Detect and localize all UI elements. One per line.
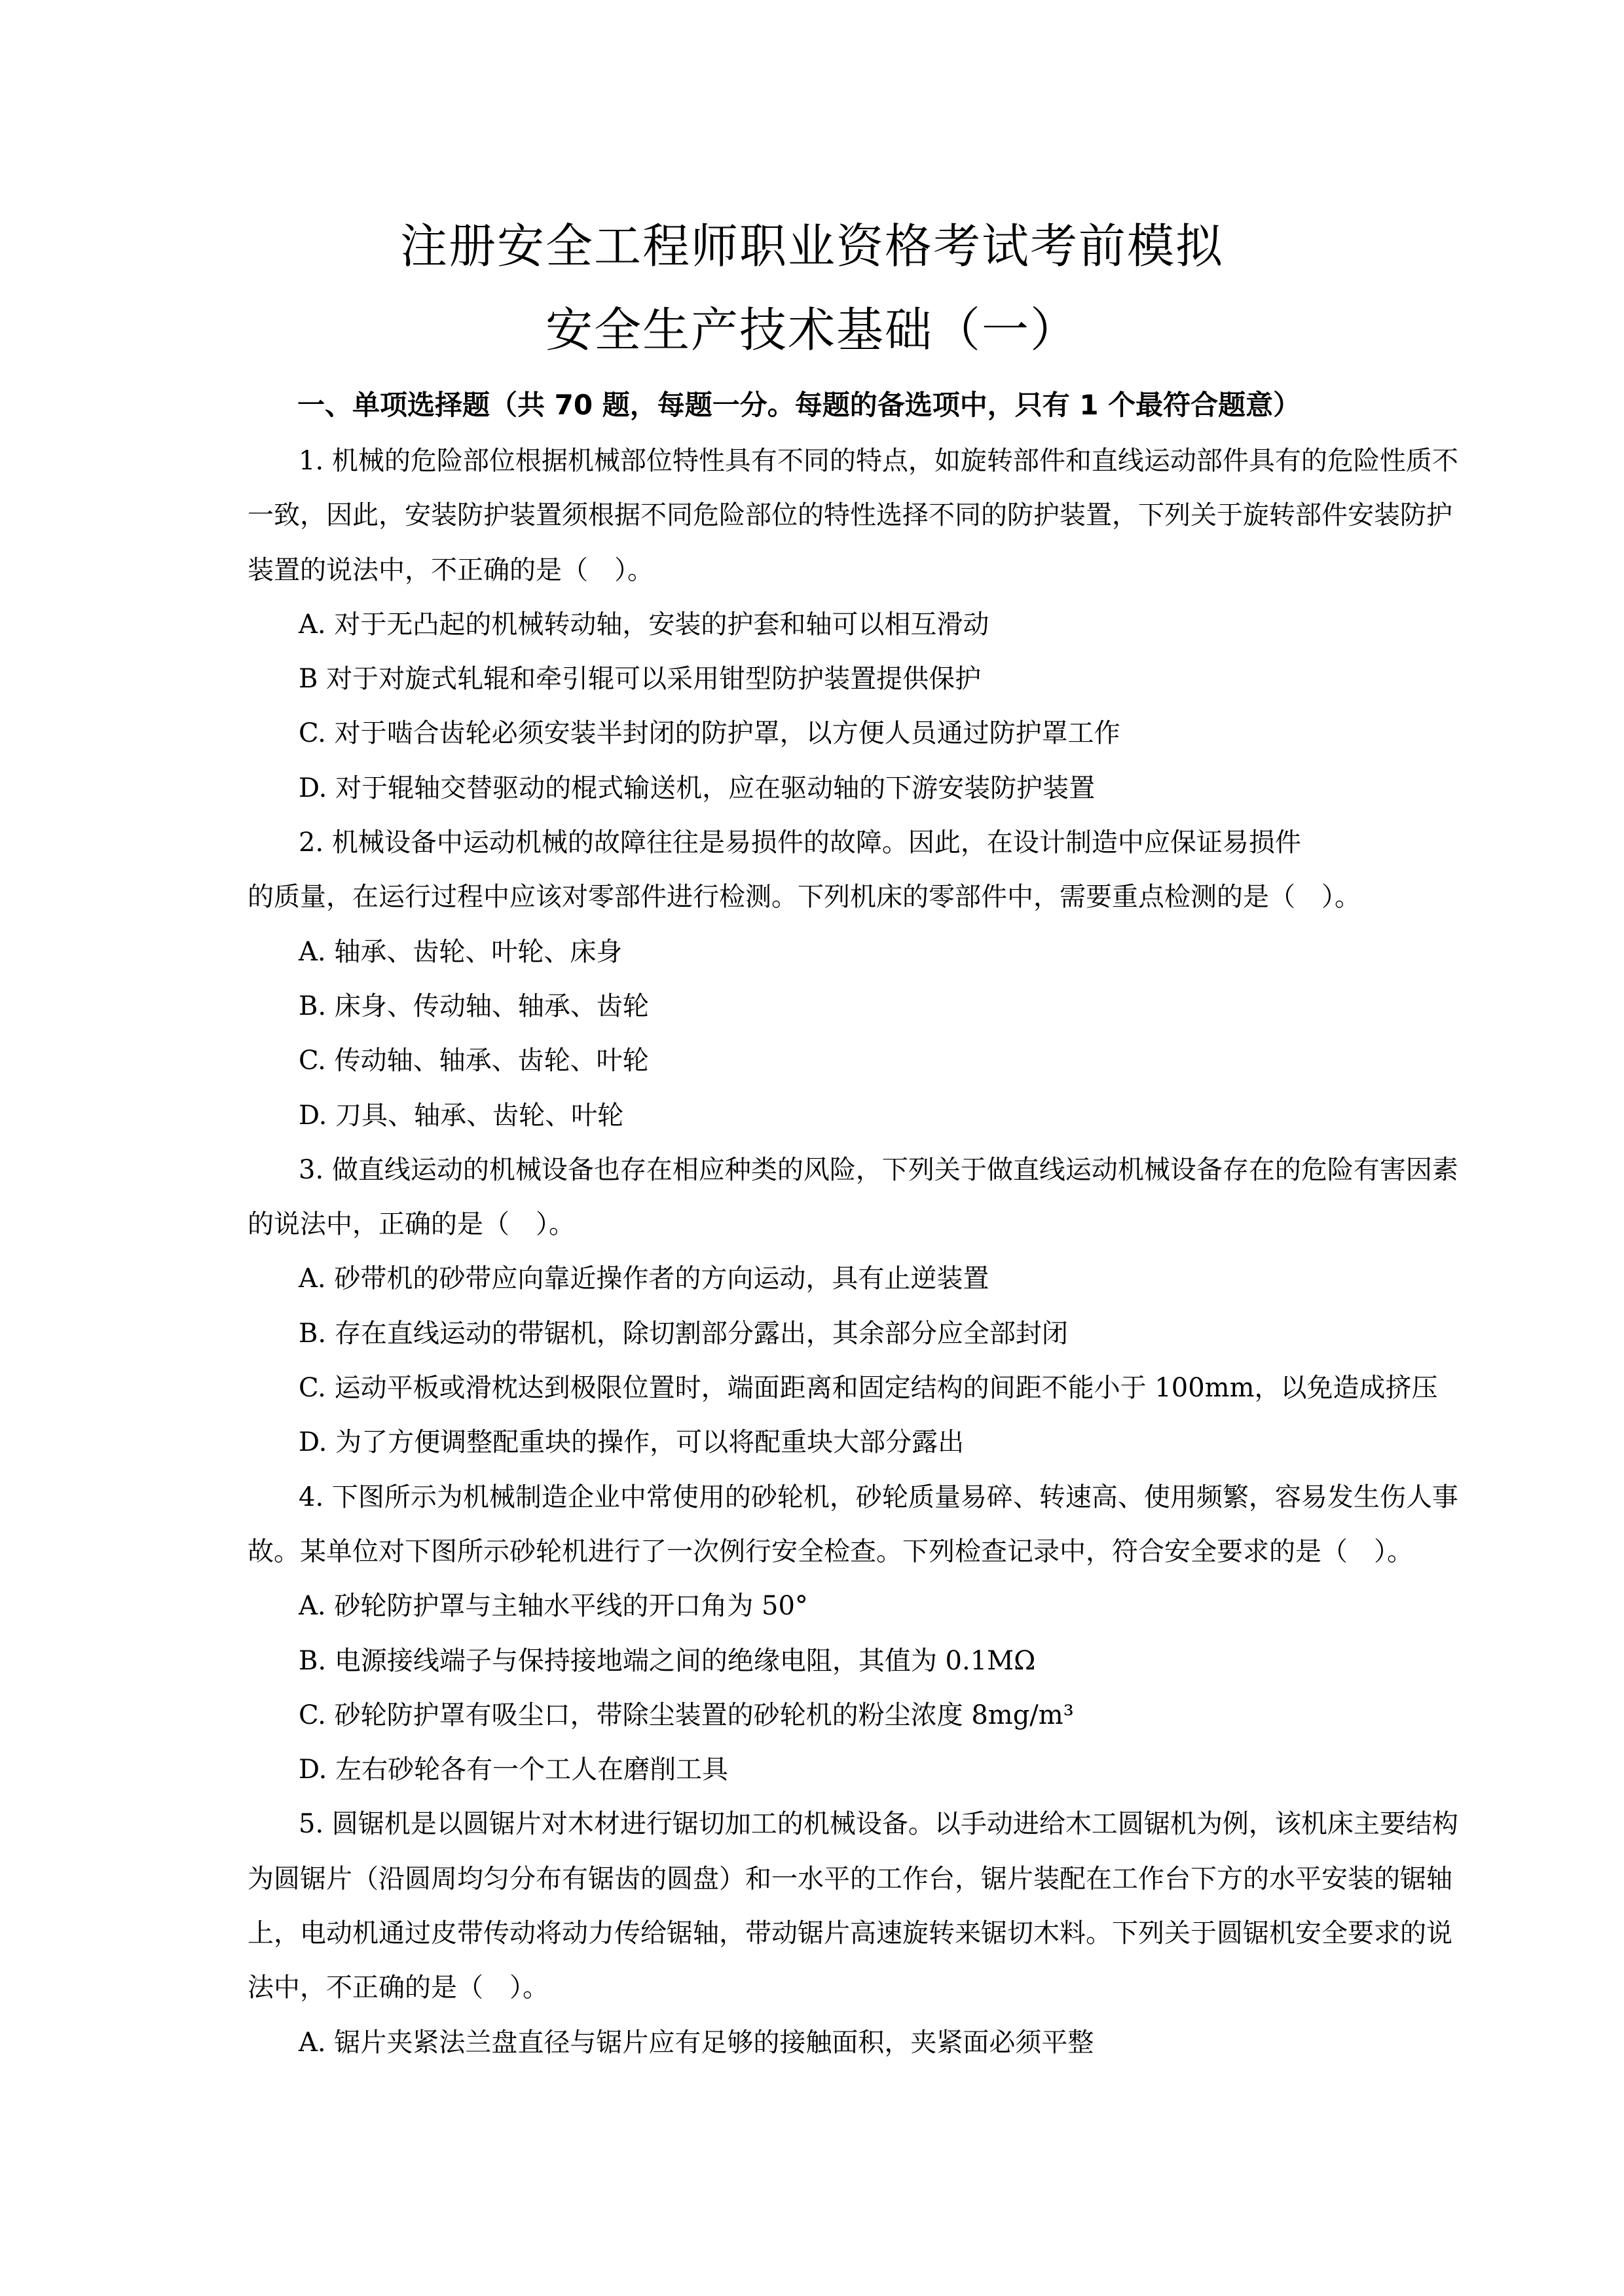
question-1-option: C. 对于啮合齿轮必须安装半封闭的防护罩，以方便人员通过防护罩工作 [248,706,1380,761]
question-1-stem-line: 1. 机械的危险部位根据机械部位特性具有不同的特点，如旋转部件和直线运动部件具有… [248,434,1380,488]
question-4-option: B. 电源接线端子与保持接地端之间的绝缘电阻，其值为 0.1MΩ [248,1634,1380,1688]
question-3-stem-line: 的说法中，正确的是（ ）。 [248,1197,1380,1252]
question-4-option: A. 砂轮防护罩与主轴水平线的开口角为 50° [248,1579,1380,1633]
question-4-option: D. 左右砂轮各有一个工人在磨削工具 [248,1743,1380,1797]
question-1-option: B 对于对旋式轧辊和牵引辊可以采用钳型防护装置提供保护 [248,652,1380,706]
question-1-stem-line: 装置的说法中，不正确的是（ ）。 [248,543,1380,598]
question-3-option: C. 运动平板或滑枕达到极限位置时，端面距离和固定结构的间距不能小于 100mm… [248,1361,1380,1415]
question-2-stem-line: 的质量，在运行过程中应该对零部件进行检测。下列机床的零部件中，需要重点检测的是（… [248,870,1380,924]
question-5-stem-line: 上，电动机通过皮带传动将动力传给锯轴，带动锯片高速旋转来锯切木料。下列关于圆锯机… [248,1906,1380,1961]
exam-title-line2: 安全生产技术基础（一） [0,292,1624,360]
question-2-option: A. 轴承、齿轮、叶轮、床身 [248,925,1380,979]
question-2-stem-line: 2. 机械设备中运动机械的故障往往是易损件的故障。因此，在设计制造中应保证易损件 [248,816,1380,870]
question-2-option: D. 刀具、轴承、齿轮、叶轮 [248,1089,1380,1143]
question-5-stem-line: 为圆锯片（沿圆周均匀分布有锯齿的圆盘）和一水平的工作台，锯片装配在工作台下方的水… [248,1852,1380,1906]
question-3-option: D. 为了方便调整配重块的操作，可以将配重块大部分露出 [248,1415,1380,1470]
exam-title-line1: 注册安全工程师职业资格考试考前模拟 [0,208,1624,276]
section-header: 一、单项选择题（共 70 题，每题一分。每题的备选项中，只有 1 个最符合题意） [248,384,1476,423]
question-4-stem-line: 4. 下图所示为机械制造企业中常使用的砂轮机，砂轮质量易碎、转速高、使用频繁，容… [248,1470,1380,1525]
questions-text-block: 1. 机械的危险部位根据机械部位特性具有不同的特点，如旋转部件和直线运动部件具有… [248,434,1380,2070]
question-1-stem-line: 一致，因此，安装防护装置须根据不同危险部位的特性选择不同的防护装置，下列关于旋转… [248,488,1380,543]
question-1-option: A. 对于无凸起的机械转动轴，安装的护套和轴可以相互滑动 [248,598,1380,652]
question-3-option: B. 存在直线运动的带锯机，除切割部分露出，其余部分应全部封闭 [248,1307,1380,1361]
question-5-option: A. 锯片夹紧法兰盘直径与锯片应有足够的接触面积，夹紧面必须平整 [248,2016,1380,2070]
question-4-stem-line: 故。某单位对下图所示砂轮机进行了一次例行安全检查。下列检查记录中，符合安全要求的… [248,1525,1380,1579]
exam-paper-page: 注册安全工程师职业资格考试考前模拟 安全生产技术基础（一） 一、单项选择题（共 … [0,0,1624,2296]
question-2-option: B. 床身、传动轴、轴承、齿轮 [248,979,1380,1034]
question-5-stem-line: 法中，不正确的是（ ）。 [248,1961,1380,2015]
question-5-stem-line: 5. 圆锯机是以圆锯片对木材进行锯切加工的机械设备。以手动进给木工圆锯机为例，该… [248,1797,1380,1851]
question-4-option: C. 砂轮防护罩有吸尘口，带除尘装置的砂轮机的粉尘浓度 8mg/m³ [248,1688,1380,1743]
question-1-option: D. 对于辊轴交替驱动的棍式输送机，应在驱动轴的下游安装防护装置 [248,761,1380,816]
question-3-option: A. 砂带机的砂带应向靠近操作者的方向运动，具有止逆装置 [248,1252,1380,1306]
question-3-stem-line: 3. 做直线运动的机械设备也存在相应种类的风险，下列关于做直线运动机械设备存在的… [248,1143,1380,1197]
question-2-option: C. 传动轴、轴承、齿轮、叶轮 [248,1034,1380,1088]
